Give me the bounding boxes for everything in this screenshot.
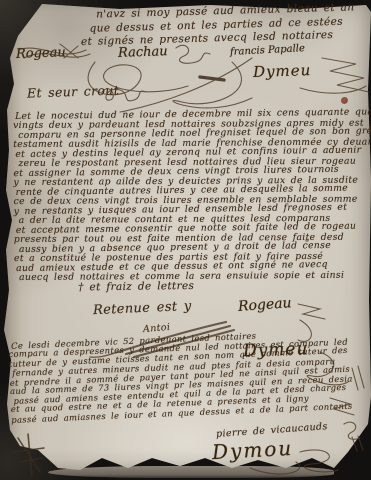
small-ink-dot xyxy=(305,239,309,242)
signature-dymeu-top: Dymeu xyxy=(253,61,312,81)
header-text-block: n'avz si moy passé aud amieux bleau et a… xyxy=(80,1,371,50)
subheading-line: Et seur crout xyxy=(27,82,120,100)
manuscript-scan: n'avz si moy passé aud amieux bleau et a… xyxy=(0,0,371,480)
signature-dymou-bottom: Dymou xyxy=(211,436,293,464)
main-paragraph: Let le nocestui dud ne iour de decembre … xyxy=(13,109,368,293)
signature-rogeau-top: Rogeau xyxy=(16,45,66,62)
small-name-antoi: Antoi xyxy=(143,322,171,335)
underlying-sheet-edge xyxy=(48,466,334,478)
signature-rachau: Rachau xyxy=(118,44,168,61)
codicil-paragraph: Ce lesdi decembre vic 52 pardeuant lesd … xyxy=(8,327,367,425)
red-ink-stain xyxy=(341,97,348,104)
signature-dymeu-lower: Dymeu xyxy=(243,339,309,361)
